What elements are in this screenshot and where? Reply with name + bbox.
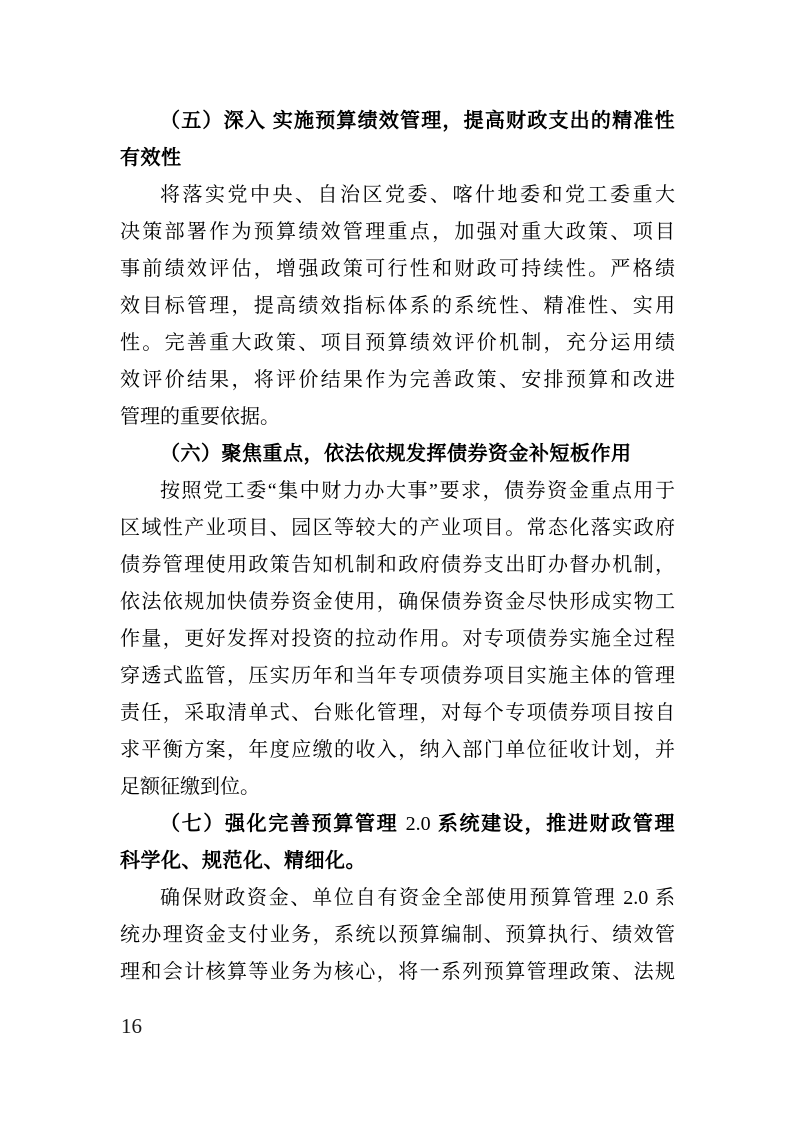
heading-section-7-version-number: 2.0 bbox=[406, 813, 431, 835]
paragraph-6-line-8: 求平衡方案，年度应缴的收入，纳入部门单位征收计划，并 bbox=[120, 732, 675, 769]
paragraph-5-line-7: 管理的重要依据。 bbox=[120, 399, 675, 436]
paragraph-7-text-end: 系 bbox=[648, 887, 675, 909]
paragraph-7-text-start: 确保财政资金、单位自有资金全部使用预算管理 bbox=[160, 887, 623, 909]
paragraph-6-line-3: 债券管理使用政策告知机制和政府债券支出盯办督办机制， bbox=[120, 547, 675, 584]
paragraph-7-line-2: 统办理资金支付业务，系统以预算编制、预算执行、绩效管 bbox=[120, 917, 675, 954]
heading-section-6: （六）聚焦重点，依法依规发挥债券资金补短板作用 bbox=[120, 436, 675, 473]
paragraph-5-line-6: 效评价结果，将评价结果作为完善政策、安排预算和改进 bbox=[120, 362, 675, 399]
paragraph-6-line-2: 区域性产业项目、园区等较大的产业项目。常态化落实政府 bbox=[120, 510, 675, 547]
heading-section-7-text-end: 系统建设，推进财政管理 bbox=[431, 813, 675, 835]
heading-section-7-line-2: 科学化、规范化、精细化。 bbox=[120, 843, 675, 880]
paragraph-7-line-1: 确保财政资金、单位自有资金全部使用预算管理 2.0 系 bbox=[120, 880, 675, 917]
paragraph-5-line-1: 将落实党中央、自治区党委、喀什地委和党工委重大 bbox=[120, 177, 675, 214]
paragraph-6-line-5: 作量，更好发挥对投资的拉动作用。对专项债券实施全过程 bbox=[120, 621, 675, 658]
paragraph-6-line-1: 按照党工委“集中财力办大事”要求，债券资金重点用于 bbox=[120, 473, 675, 510]
paragraph-5-line-4: 效目标管理，提高绩效指标体系的系统性、精准性、实用 bbox=[120, 288, 675, 325]
paragraph-6-line-7: 责任，采取清单式、台账化管理，对每个专项债券项目按自 bbox=[120, 695, 675, 732]
paragraph-7-line-3: 理和会计核算等业务为核心，将一系列预算管理政策、法规 bbox=[120, 954, 675, 991]
page-number: 16 bbox=[121, 1008, 142, 1045]
heading-section-5-line-2: 有效性 bbox=[120, 140, 675, 177]
paragraph-7-version-number: 2.0 bbox=[623, 887, 648, 909]
paragraph-6-line-6: 穿透式监管，压实历年和当年专项债券项目实施主体的管理 bbox=[120, 658, 675, 695]
heading-section-5-line-1: （五）深入 实施预算绩效管理，提高财政支出的精准性 bbox=[120, 103, 675, 140]
paragraph-5-line-3: 事前绩效评估，增强政策可行性和财政可持续性。严格绩 bbox=[120, 251, 675, 288]
paragraph-5-line-5: 性。完善重大政策、项目预算绩效评价机制，充分运用绩 bbox=[120, 325, 675, 362]
paragraph-5-line-2: 决策部署作为预算绩效管理重点，加强对重大政策、项目 bbox=[120, 214, 675, 251]
heading-section-7-line-1: （七）强化完善预算管理 2.0 系统建设，推进财政管理 bbox=[120, 806, 675, 843]
paragraph-6-line-4: 依法依规加快债券资金使用，确保债券资金尽快形成实物工 bbox=[120, 584, 675, 621]
paragraph-6-line-9: 足额征缴到位。 bbox=[120, 769, 675, 806]
heading-section-7-text-start: （七）强化完善预算管理 bbox=[160, 813, 406, 835]
document-body: （五）深入 实施预算绩效管理，提高财政支出的精准性 有效性 将落实党中央、自治区… bbox=[120, 103, 675, 991]
document-page: （五）深入 实施预算绩效管理，提高财政支出的精准性 有效性 将落实党中央、自治区… bbox=[0, 0, 793, 1122]
